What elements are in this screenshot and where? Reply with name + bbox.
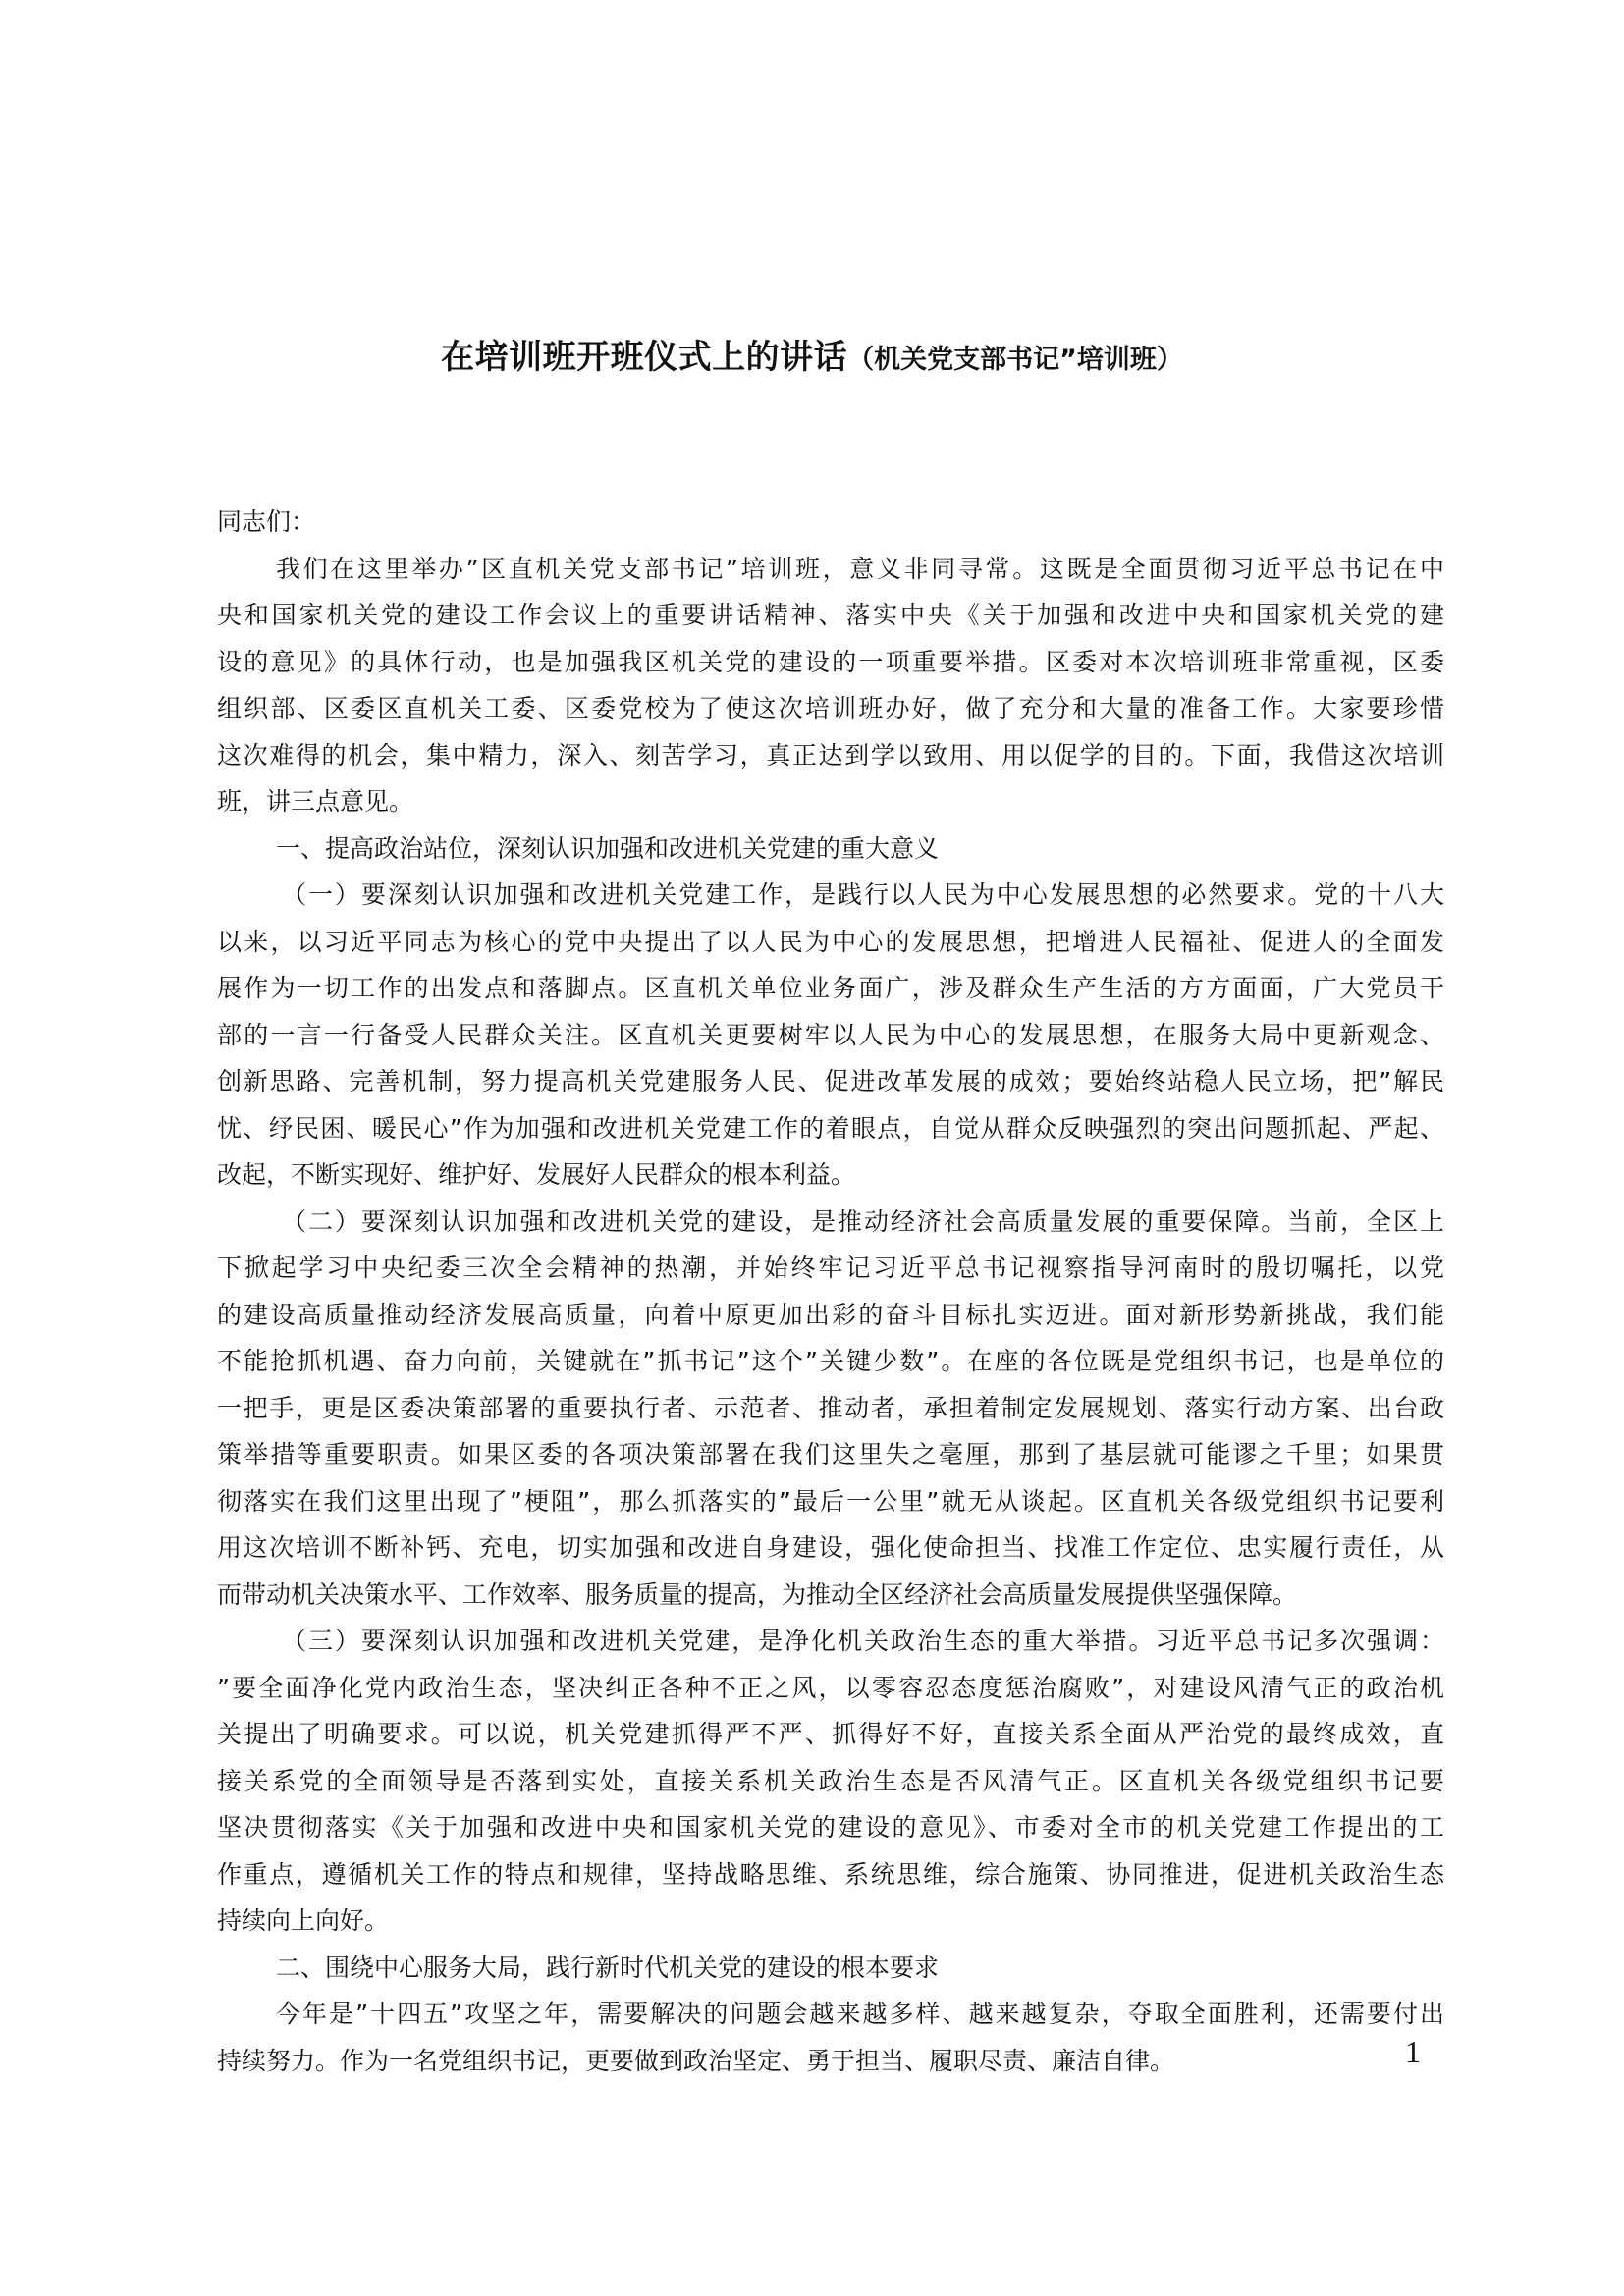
text-line: 一、提高政治站位，深刻认识加强和改进机关党建的重大意义 bbox=[217, 826, 1444, 873]
text-line: 策举措等重要职责。如果区委的各项决策部署在我们这里失之毫厘，那到了基层就可能谬之… bbox=[217, 1431, 1444, 1478]
text-line: 用这次培训不断补钙、充电，切实加强和改进自身建设，强化使命担当、找准工作定位、忠… bbox=[217, 1524, 1444, 1572]
text-line: 今年是”十四五”攻坚之年，需要解决的问题会越来越多样、越来越复杂，夺取全面胜利，… bbox=[217, 1991, 1444, 2038]
text-line: 不能抢抓机遇、奋力向前，关键就在”抓书记”这个”关键少数”。在座的各位既是党组织… bbox=[217, 1338, 1444, 1385]
text-line: 部的一言一行备受人民群众关注。区直机关更要树牢以人民为中心的发展思想，在服务大局… bbox=[217, 1012, 1444, 1059]
text-line: 改起，不断实现好、维护好、发展好人民群众的根本利益。 bbox=[217, 1151, 1444, 1199]
text-line: 展作为一切工作的出发点和落脚点。区直机关单位业务面广，涉及群众生产生活的方方面面… bbox=[217, 965, 1444, 1012]
text-line: 持续努力。作为一名党组织书记，更要做到政治坚定、勇于担当、履职尽责、廉洁自律。 bbox=[217, 2038, 1444, 2085]
text-line: 的建设高质量推动经济发展高质量，向着中原更加出彩的奋斗目标扎实迈进。面对新形势新… bbox=[217, 1292, 1444, 1339]
text-line: 二、围绕中心服务大局，践行新时代机关党的建设的根本要求 bbox=[217, 1945, 1444, 1992]
text-line: 一把手，更是区委决策部署的重要执行者、示范者、推动者，承担着制定发展规划、落实行… bbox=[217, 1385, 1444, 1432]
text-line: 下掀起学习中央纪委三次全会精神的热潮，并始终牢记习近平总书记视察指导河南时的殷切… bbox=[217, 1245, 1444, 1292]
text-line: 设的意见》的具体行动，也是加强我区机关党的建设的一项重要举措。区委对本次培训班非… bbox=[217, 639, 1444, 686]
text-line: （二）要深刻认识加强和改进机关党的建设，是推动经济社会高质量发展的重要保障。当前… bbox=[217, 1199, 1444, 1246]
text-line: 班，讲三点意见。 bbox=[217, 778, 1444, 826]
text-line: （一）要深刻认识加强和改进机关党建工作，是践行以人民为中心发展思想的必然要求。党… bbox=[217, 872, 1444, 919]
text-line: 央和国家机关党的建设工作会议上的重要讲话精神、落实中央《关于加强和改进中央和国家… bbox=[217, 592, 1444, 639]
document-title: 在培训班开班仪式上的讲话 bbox=[441, 338, 847, 377]
document-title-block: 在培训班开班仪式上的讲话（机关党支部书记”培训班） bbox=[0, 330, 1624, 378]
text-line: 作重点，遵循机关工作的特点和规律，坚持战略思维、系统思维，综合施策、协同推进，促… bbox=[217, 1851, 1444, 1898]
text-line: 而带动机关决策水平、工作效率、服务质量的提高，为推动全区经济社会高质量发展提供坚… bbox=[217, 1572, 1444, 1619]
text-line: 接关系党的全面领导是否落到实处，直接关系机关政治生态是否风清气正。区直机关各级党… bbox=[217, 1758, 1444, 1805]
text-line: 我们在这里举办”区直机关党支部书记”培训班，意义非同寻常。这既是全面贯彻习近平总… bbox=[217, 546, 1444, 593]
text-line: 彻落实在我们这里出现了”梗阻”，那么抓落实的”最后一公里”就无从谈起。区直机关各… bbox=[217, 1478, 1444, 1525]
text-line: 关提出了明确要求。可以说，机关党建抓得严不严、抓得好不好，直接关系全面从严治党的… bbox=[217, 1711, 1444, 1758]
text-line: 坚决贯彻落实《关于加强和改进中央和国家机关党的建设的意见》、市委对全市的机关党建… bbox=[217, 1804, 1444, 1851]
text-line: （三）要深刻认识加强和改进机关党建，是净化机关政治生态的重大举措。习近平总书记多… bbox=[217, 1618, 1444, 1665]
text-line: 组织部、区委区直机关工委、区委党校为了使这次培训班办好，做了充分和大量的准备工作… bbox=[217, 685, 1444, 732]
text-line: 以来，以习近平同志为核心的党中央提出了以人民为中心的发展思想，把增进人民福祉、促… bbox=[217, 919, 1444, 966]
page-number: 1 bbox=[1405, 2034, 1421, 2070]
text-line: 同志们： bbox=[217, 499, 1444, 546]
text-line: 持续向上向好。 bbox=[217, 1897, 1444, 1945]
document-body: 同志们：我们在这里举办”区直机关党支部书记”培训班，意义非同寻常。这既是全面贯彻… bbox=[217, 499, 1444, 2084]
text-line: 这次难得的机会，集中精力，深入、刻苦学习，真正达到学以致用、用以促学的目的。下面… bbox=[217, 732, 1444, 779]
text-line: 忧、纾民困、暖民心”作为加强和改进机关党建工作的着眼点，自觉从群众反映强烈的突出… bbox=[217, 1105, 1444, 1152]
document-subtitle: （机关党支部书记”培训班） bbox=[847, 345, 1183, 375]
text-line: 创新思路、完善机制，努力提高机关党建服务人民、促进改革发展的成效；要始终站稳人民… bbox=[217, 1058, 1444, 1105]
text-line: ”要全面净化党内政治生态，坚决纠正各种不正之风，以零容忍态度惩治腐败”，对建设风… bbox=[217, 1665, 1444, 1712]
